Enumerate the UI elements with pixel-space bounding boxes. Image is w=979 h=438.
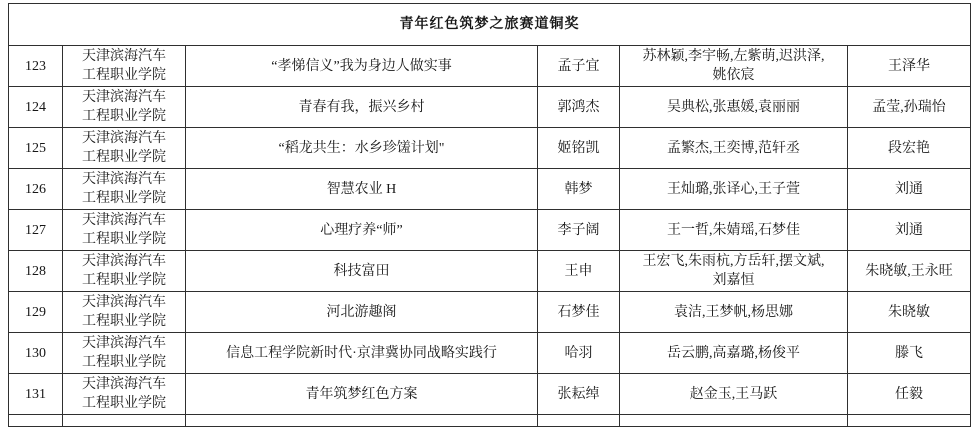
leader-cell: 李子阔 — [538, 210, 620, 251]
advisors-cell: 刘通 — [848, 169, 971, 210]
project-cell: 智慧农业 H — [186, 169, 538, 210]
leader-cell: 张耘绰 — [538, 374, 620, 415]
advisors-cell: 刘通 — [848, 210, 971, 251]
row-number-cell: 124 — [9, 87, 63, 128]
table-row: 127 天津滨海汽车 工程职业学院 心理疗养“师” 李子阔 王一哲,朱婧瑶,石梦… — [9, 210, 971, 251]
award-table-container: 青年红色筑梦之旅赛道铜奖 123 天津滨海汽车 工程职业学院 “孝悌信义”我为身… — [8, 3, 970, 427]
advisors-cell: 滕飞 — [848, 333, 971, 374]
table-row: 130 天津滨海汽车 工程职业学院 信息工程学院新时代·京津冀协同战略实践行 哈… — [9, 333, 971, 374]
advisors-cell: 孟莹,孙瑞怡 — [848, 87, 971, 128]
table-row: 123 天津滨海汽车 工程职业学院 “孝悌信义”我为身边人做实事 孟子宜 苏林颖… — [9, 46, 971, 87]
row-number-cell: 128 — [9, 251, 63, 292]
school-cell: 天津滨海汽车 工程职业学院 — [63, 46, 186, 87]
school-cell: 天津滨海汽车 工程职业学院 — [63, 333, 186, 374]
leader-cell: 韩梦 — [538, 169, 620, 210]
project-cell: “稻龙共生：水乡珍馐计划" — [186, 128, 538, 169]
row-number-cell: 125 — [9, 128, 63, 169]
leader-cell — [538, 415, 620, 427]
leader-cell: 姬铭凯 — [538, 128, 620, 169]
advisors-cell: 朱晓敏 — [848, 292, 971, 333]
school-cell: 天津滨海汽车 工程职业学院 — [63, 87, 186, 128]
leader-cell: 石梦佳 — [538, 292, 620, 333]
advisors-cell: 王泽华 — [848, 46, 971, 87]
members-cell: 吴典松,张惠媛,袁丽丽 — [620, 87, 848, 128]
table-row: 126 天津滨海汽车 工程职业学院 智慧农业 H 韩梦 王灿璐,张译心,王子萱 … — [9, 169, 971, 210]
members-cell: 王灿璐,张译心,王子萱 — [620, 169, 848, 210]
members-cell: 赵金玉,王马跃 — [620, 374, 848, 415]
project-cell: 心理疗养“师” — [186, 210, 538, 251]
table-row: 131 天津滨海汽车 工程职业学院 青年筑梦红色方案 张耘绰 赵金玉,王马跃 任… — [9, 374, 971, 415]
members-cell: 王宏飞,朱雨杭,方岳轩,摆文斌, 刘嘉恒 — [620, 251, 848, 292]
row-number-cell: 129 — [9, 292, 63, 333]
school-cell: 天津滨海汽车 工程职业学院 — [63, 210, 186, 251]
table-row: 124 天津滨海汽车 工程职业学院 青春有我，振兴乡村 郭鸿杰 吴典松,张惠媛,… — [9, 87, 971, 128]
table-row: 125 天津滨海汽车 工程职业学院 “稻龙共生：水乡珍馐计划" 姬铭凯 孟繁杰,… — [9, 128, 971, 169]
members-cell — [620, 415, 848, 427]
project-cell: 青春有我，振兴乡村 — [186, 87, 538, 128]
project-cell — [186, 415, 538, 427]
members-cell: 王一哲,朱婧瑶,石梦佳 — [620, 210, 848, 251]
table-title: 青年红色筑梦之旅赛道铜奖 — [9, 4, 971, 46]
row-number-cell — [9, 415, 63, 427]
leader-cell: 郭鸿杰 — [538, 87, 620, 128]
table-row: 128 天津滨海汽车 工程职业学院 科技富田 王申 王宏飞,朱雨杭,方岳轩,摆文… — [9, 251, 971, 292]
members-cell: 袁洁,王梦帆,杨思娜 — [620, 292, 848, 333]
advisors-cell: 朱晓敏,王永旺 — [848, 251, 971, 292]
table-row: 129 天津滨海汽车 工程职业学院 河北游趣阁 石梦佳 袁洁,王梦帆,杨思娜 朱… — [9, 292, 971, 333]
school-cell: 天津滨海汽车 工程职业学院 — [63, 374, 186, 415]
project-cell: 信息工程学院新时代·京津冀协同战略实践行 — [186, 333, 538, 374]
leader-cell: 哈羽 — [538, 333, 620, 374]
row-number-cell: 123 — [9, 46, 63, 87]
school-cell: 天津滨海汽车 工程职业学院 — [63, 251, 186, 292]
row-number-cell: 126 — [9, 169, 63, 210]
title-row: 青年红色筑梦之旅赛道铜奖 — [9, 4, 971, 46]
advisors-cell: 段宏艳 — [848, 128, 971, 169]
members-cell: 岳云鹏,高嘉璐,杨俊平 — [620, 333, 848, 374]
awards-table: 青年红色筑梦之旅赛道铜奖 123 天津滨海汽车 工程职业学院 “孝悌信义”我为身… — [8, 3, 971, 427]
row-number-cell: 131 — [9, 374, 63, 415]
project-cell: “孝悌信义”我为身边人做实事 — [186, 46, 538, 87]
school-cell: 天津滨海汽车 工程职业学院 — [63, 169, 186, 210]
school-cell — [63, 415, 186, 427]
project-cell: 青年筑梦红色方案 — [186, 374, 538, 415]
advisors-cell: 任毅 — [848, 374, 971, 415]
project-cell: 科技富田 — [186, 251, 538, 292]
members-cell: 孟繁杰,王奕博,范轩丞 — [620, 128, 848, 169]
advisors-cell — [848, 415, 971, 427]
members-cell: 苏林颖,李宇畅,左紫萌,迟洪泽, 姚依宸 — [620, 46, 848, 87]
row-number-cell: 127 — [9, 210, 63, 251]
partial-table-row — [9, 415, 971, 427]
school-cell: 天津滨海汽车 工程职业学院 — [63, 128, 186, 169]
project-cell: 河北游趣阁 — [186, 292, 538, 333]
school-cell: 天津滨海汽车 工程职业学院 — [63, 292, 186, 333]
row-number-cell: 130 — [9, 333, 63, 374]
leader-cell: 王申 — [538, 251, 620, 292]
leader-cell: 孟子宜 — [538, 46, 620, 87]
